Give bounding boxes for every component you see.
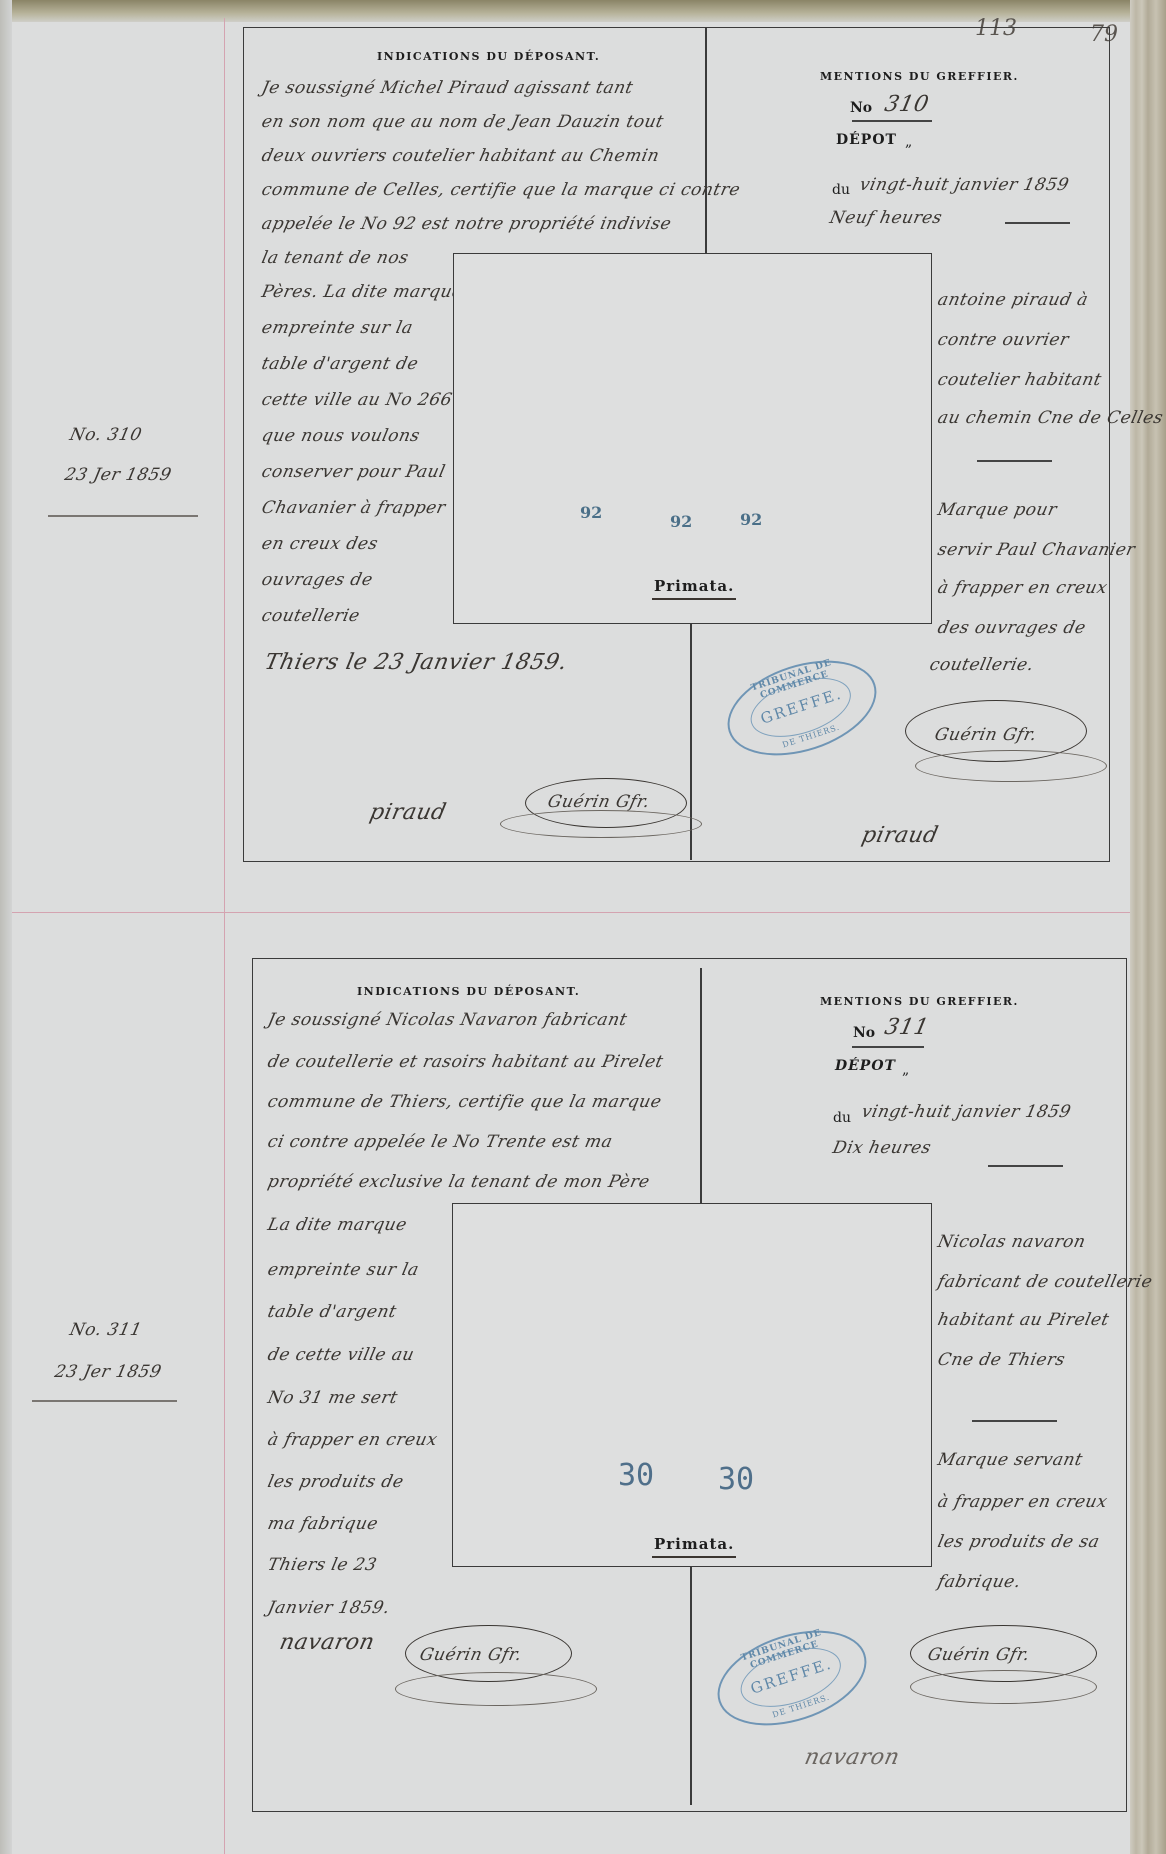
deposant-place-date: Thiers le 23 Janvier 1859. — [262, 650, 569, 675]
depot-mark: „ — [902, 1062, 909, 1078]
deposant-line: propriété exclusive la tenant de mon Pèr… — [266, 1172, 652, 1192]
clerk-signature: Guérin Gfr. — [418, 1645, 524, 1665]
deposant-line: La dite marque — [266, 1215, 409, 1235]
depositor-line: coutelier habitant — [936, 370, 1103, 390]
deposant-line: Chavanier à frapper — [260, 498, 448, 518]
deposant-line: de coutellerie et rasoirs habitant au Pi… — [266, 1052, 665, 1072]
deposant-line: conserver pour Paul — [260, 462, 447, 482]
depositor-line: Cne de Thiers — [936, 1350, 1067, 1370]
entry-no-underline — [852, 1046, 924, 1048]
margin-entry-date: 23 Jer 1859 — [53, 1362, 163, 1382]
deposant-heading: INDICATIONS DU DÉPOSANT. — [377, 50, 600, 63]
entry-no-underline — [852, 120, 932, 122]
purpose-line: fabrique. — [936, 1572, 1023, 1592]
deposant-signature: piraud — [367, 800, 448, 825]
deposant-line: No 31 me sert — [266, 1388, 400, 1408]
depot-label: DÉPOT — [836, 132, 897, 148]
deposant-signature: navaron — [277, 1630, 377, 1655]
purpose-line: coutellerie. — [928, 655, 1036, 675]
depot-date: vingt-huit janvier 1859 — [860, 1102, 1073, 1122]
depositor-line: Nicolas navaron — [936, 1232, 1088, 1252]
depot-date-prefix: du — [833, 1110, 851, 1126]
depositor-line: habitant au Pirelet — [936, 1310, 1111, 1330]
greffier-depositor-signature: piraud — [859, 823, 940, 848]
greffier-heading: MENTIONS DU GREFFIER. — [820, 995, 1019, 1008]
purpose-line: servir Paul Chavanier — [936, 540, 1137, 560]
deposant-line: la tenant de nos — [260, 248, 411, 268]
deposant-line: Je soussigné Michel Piraud agissant tant — [260, 78, 635, 98]
purpose-line: à frapper en creux — [936, 578, 1109, 598]
margin-entry-number: No. 310 — [68, 425, 144, 445]
clerk-signature: Guérin Gfr. — [546, 792, 652, 812]
deposant-line: empreinte sur la — [260, 318, 415, 338]
deposant-line: à frapper en creux — [266, 1430, 439, 1450]
deposant-line: ma fabrique — [266, 1514, 380, 1534]
mark-number: 30 — [718, 1462, 754, 1497]
column-divider-top — [700, 968, 702, 1203]
margin-rule-vertical — [224, 18, 225, 1854]
column-divider-top — [705, 27, 707, 253]
greffier-clerk-signature: Guérin Gfr. — [933, 725, 1039, 745]
column-divider-bottom — [690, 1565, 692, 1805]
deposant-line: en son nom que au nom de Jean Dauzin tou… — [260, 112, 666, 132]
greffier-heading: MENTIONS DU GREFFIER. — [820, 70, 1019, 83]
margin-rule-horizontal — [12, 912, 1130, 913]
deposant-line: ci contre appelée le No Trente est ma — [266, 1132, 615, 1152]
depositor-line: fabricant de coutellerie — [936, 1272, 1154, 1292]
deposant-line: de cette ville au — [266, 1345, 416, 1365]
mark-number: 30 — [618, 1458, 654, 1493]
entry-no-label: No — [850, 100, 872, 116]
book-binding-edge — [1130, 0, 1166, 1854]
clerk-signature-flourish — [500, 810, 702, 838]
entry-no-value: 310 — [882, 92, 931, 117]
mark-number: 92 — [580, 503, 602, 522]
margin-underline — [48, 515, 198, 517]
deposant-line: cette ville au No 266 — [260, 390, 454, 410]
deposant-line: empreinte sur la — [266, 1260, 421, 1280]
depot-label: DÉPOT — [835, 1058, 896, 1074]
deposant-line: commune de Thiers, certifie que la marqu… — [266, 1092, 664, 1112]
depot-date: vingt-huit janvier 1859 — [858, 175, 1071, 195]
mark-number: 92 — [670, 512, 692, 531]
mark-number: 92 — [740, 510, 762, 529]
deposant-place-date: Janvier 1859. — [266, 1598, 392, 1618]
mark-label: Primata. — [652, 577, 736, 600]
trademark-imprint-box — [452, 1203, 932, 1567]
margin-underline — [32, 1400, 177, 1402]
deposant-line: commune de Celles, certifie que la marqu… — [260, 180, 742, 200]
margin-entry-date: 23 Jer 1859 — [63, 465, 173, 485]
entry-no-label: No — [853, 1025, 875, 1041]
page-left-edge — [0, 0, 12, 1854]
deposant-line: en creux des — [260, 534, 380, 554]
margin-entry-number: No. 311 — [68, 1320, 144, 1340]
purpose-line: Marque pour — [936, 500, 1059, 520]
deposant-place-date: Thiers le 23 — [266, 1555, 379, 1575]
purpose-line: les produits de sa — [936, 1532, 1102, 1552]
greffier-clerk-signature: Guérin Gfr. — [926, 1645, 1032, 1665]
deposant-line: Pères. La dite marque — [260, 282, 465, 302]
purpose-line: Marque servant — [936, 1450, 1085, 1470]
purpose-line: à frapper en creux — [936, 1492, 1109, 1512]
deposant-line: ouvrages de — [260, 570, 375, 590]
purpose-line: des ouvrages de — [936, 618, 1088, 638]
depot-time: Neuf heures — [828, 208, 944, 228]
greffier-depositor-signature: navaron — [802, 1745, 902, 1770]
deposant-line: appelée le No 92 est notre propriété ind… — [260, 214, 673, 234]
deposant-line: Je soussigné Nicolas Navaron fabricant — [266, 1010, 629, 1030]
deposant-line: les produits de — [266, 1472, 406, 1492]
depositor-line: contre ouvrier — [936, 330, 1071, 350]
depositor-line: antoine piraud à — [936, 290, 1090, 310]
entry-no-value: 311 — [882, 1015, 931, 1040]
greffier-separator — [977, 460, 1052, 462]
clerk-signature-flourish — [915, 750, 1107, 782]
depot-time: Dix heures — [831, 1138, 933, 1158]
mark-label: Primata. — [652, 1535, 736, 1558]
depot-mark: „ — [905, 134, 912, 150]
greffier-separator — [972, 1420, 1057, 1422]
depositor-line: au chemin Cne de Celles — [936, 408, 1165, 428]
depot-time-rule — [988, 1165, 1063, 1167]
deposant-line: table d'argent de — [260, 354, 420, 374]
deposant-line: deux ouvriers coutelier habitant au Chem… — [260, 146, 661, 166]
depot-time-rule — [1005, 222, 1070, 224]
depot-date-prefix: du — [832, 182, 850, 198]
deposant-line: coutellerie — [260, 606, 362, 626]
trademark-imprint-box — [453, 253, 932, 624]
clerk-signature-flourish — [395, 1672, 597, 1706]
clerk-signature-flourish — [910, 1670, 1097, 1704]
deposant-line: que nous voulons — [260, 426, 422, 446]
deposant-heading: INDICATIONS DU DÉPOSANT. — [357, 985, 580, 998]
deposant-line: table d'argent — [266, 1302, 399, 1322]
